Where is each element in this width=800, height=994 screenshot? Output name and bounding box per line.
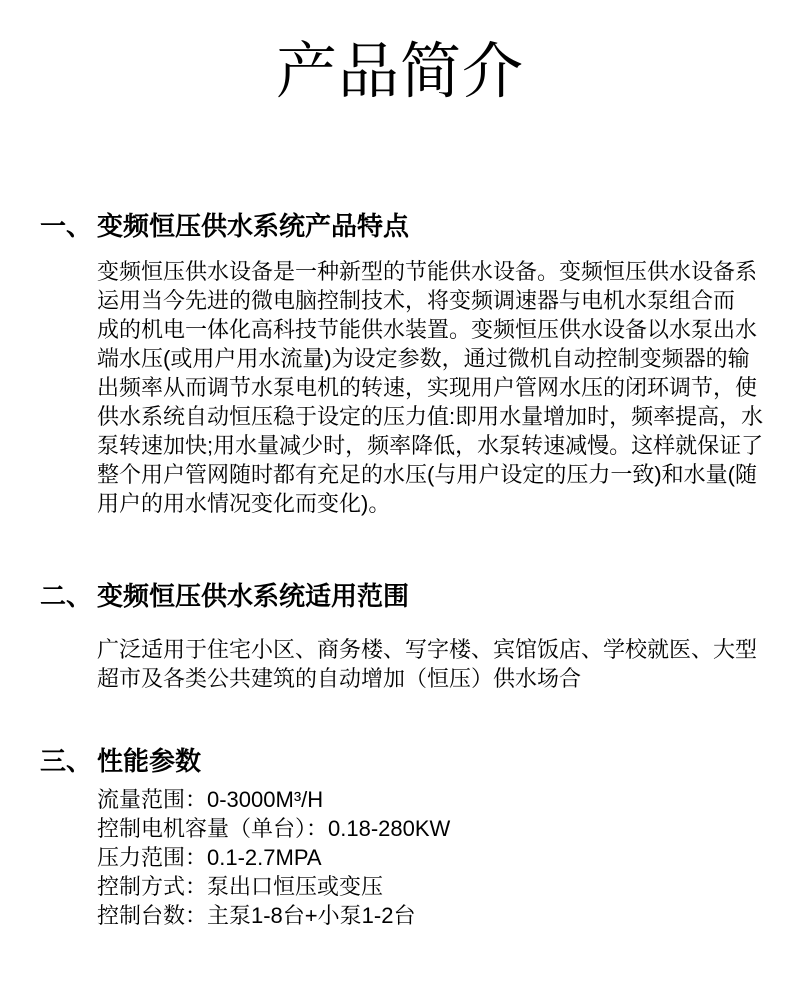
section-number: 二、 — [40, 580, 97, 612]
spec-list: 流量范围：0-3000M³/H 控制电机容量（单台）：0.18-280KW 压力… — [97, 785, 450, 930]
product-intro-page: 产品简介 一、变频恒压供水系统产品特点 变频恒压供水设备是一种新型的节能供水设备… — [0, 0, 800, 994]
section-heading-specs: 三、性能参数 — [40, 745, 201, 777]
features-paragraph: 变频恒压供水设备是一种新型的节能供水设备。变频恒压供水设备系 运用当今先进的微电… — [97, 257, 763, 518]
spec-flow-range: 流量范围：0-3000M³/H — [97, 785, 450, 814]
page-title: 产品简介 — [0, 36, 800, 106]
spec-pump-count: 控制台数：主泵1-8台+小泵1-2台 — [97, 901, 450, 930]
section-number: 三、 — [40, 745, 97, 777]
section-heading-label: 变频恒压供水系统产品特点 — [97, 211, 409, 241]
section-heading-label: 变频恒压供水系统适用范围 — [97, 581, 409, 611]
spec-control-mode: 控制方式：泵出口恒压或变压 — [97, 872, 450, 901]
spec-motor-capacity: 控制电机容量（单台）：0.18-280KW — [97, 814, 450, 843]
applications-paragraph: 广泛适用于住宅小区、商务楼、写字楼、宾馆饭店、学校就医、大型 超市及各类公共建筑… — [97, 635, 757, 693]
section-number: 一、 — [40, 210, 97, 242]
section-heading-features: 一、变频恒压供水系统产品特点 — [40, 210, 409, 242]
section-heading-applications: 二、变频恒压供水系统适用范围 — [40, 580, 409, 612]
section-heading-label: 性能参数 — [97, 746, 201, 776]
spec-pressure-range: 压力范围：0.1-2.7MPA — [97, 843, 450, 872]
